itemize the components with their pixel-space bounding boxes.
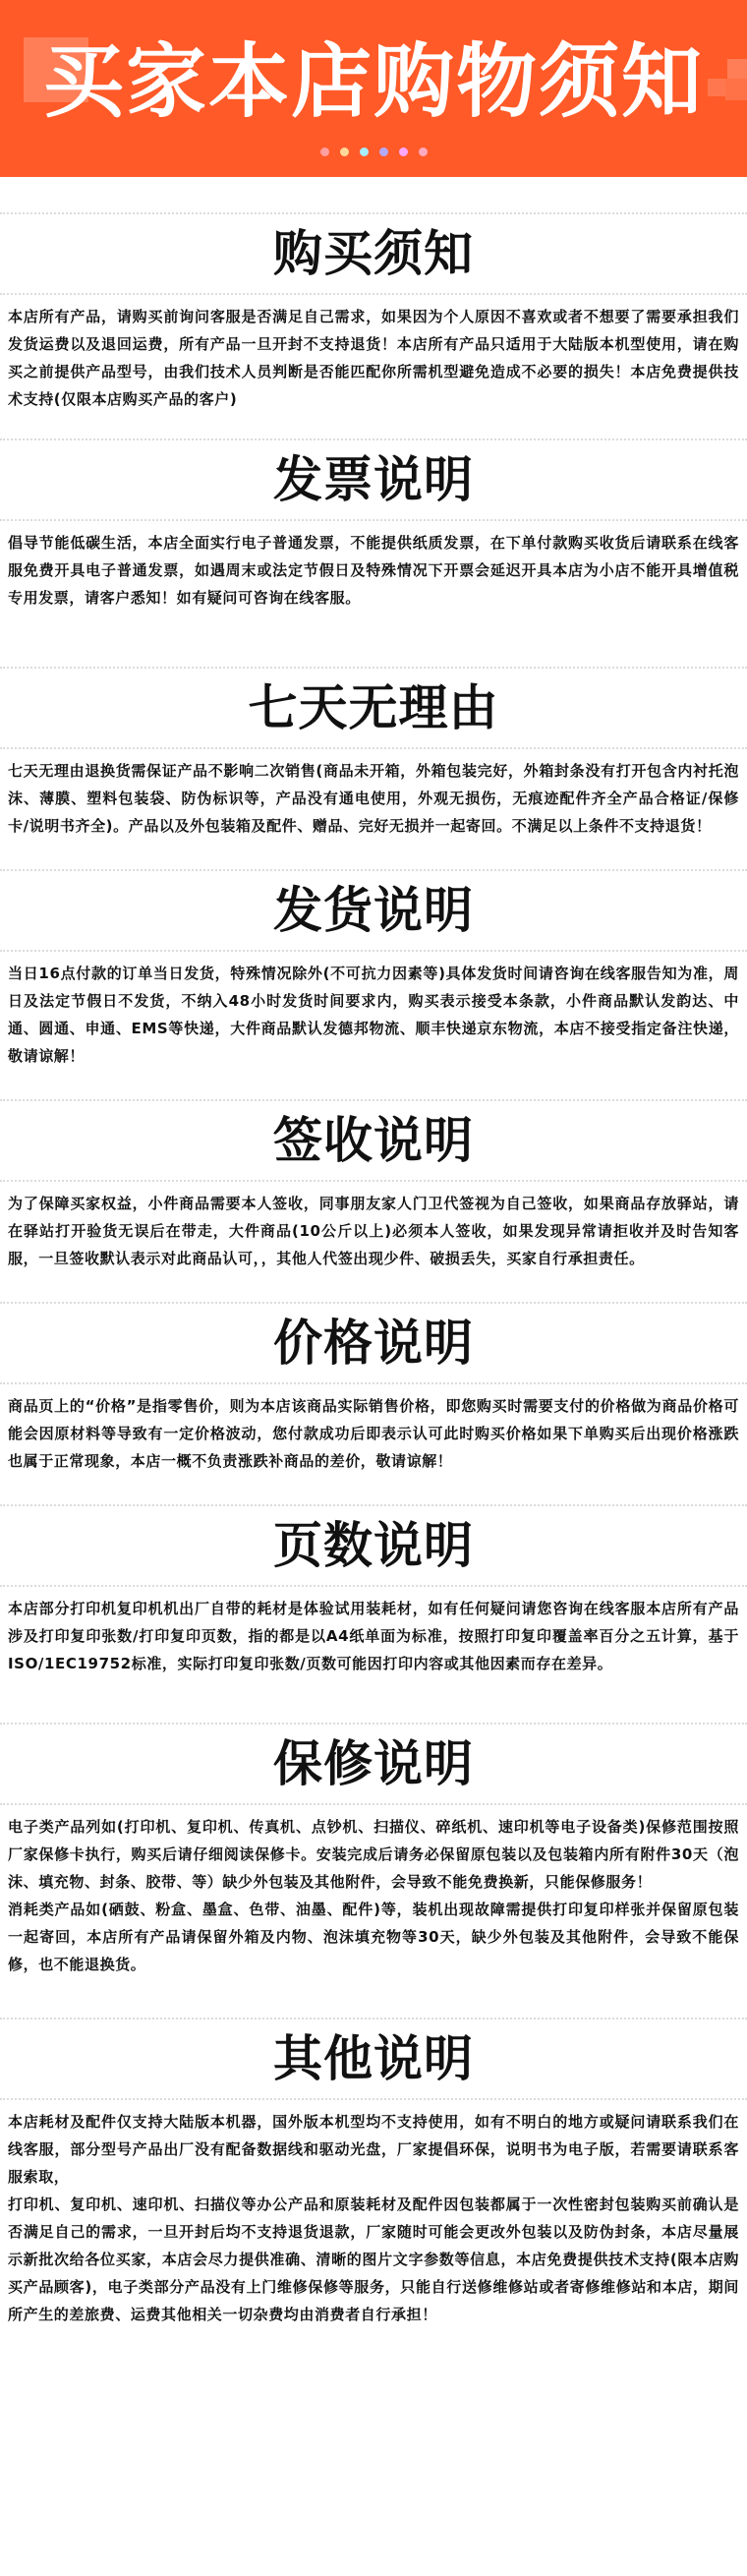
section-title: 页数说明	[0, 1506, 747, 1585]
section-body: 本店所有产品，请购买前询问客服是否满足自己需求，如果因为个人原因不喜欢或者不想要…	[0, 295, 747, 413]
dot-icon	[399, 147, 408, 156]
section-seven-day-return: 七天无理由 七天无理由退换货需保证产品不影响二次销售(商品未开箱，外箱包装完好，…	[0, 612, 747, 840]
section-warranty: 保修说明 电子类产品列如(打印机、复印机、传真机、点钞机、扫描仪、碎纸机、速印机…	[0, 1677, 747, 1978]
section-title: 发票说明	[0, 440, 747, 519]
paragraph: 本店耗材及配件仅支持大陆版本机器，国外版本机型均不支持使用，如有不明白的地方或疑…	[8, 2108, 739, 2191]
paragraph: 消耗类产品如(硒鼓、粉盒、墨盒、色带、油墨、配件)等，装机出现故障需提供打印复印…	[8, 1896, 739, 1978]
section-body: 本店耗材及配件仅支持大陆版本机器，国外版本机型均不支持使用，如有不明白的地方或疑…	[0, 2100, 747, 2387]
section-purchase-notice: 购买须知 本店所有产品，请购买前询问客服是否满足自己需求，如果因为个人原因不喜欢…	[0, 177, 747, 413]
section-title: 发货说明	[0, 871, 747, 950]
section-body: 电子类产品列如(打印机、复印机、传真机、点钞机、扫描仪、碎纸机、速印机等电子设备…	[0, 1805, 747, 1978]
section-body: 当日16点付款的订单当日发货，特殊情况除外(不可抗力因素等)具体发货时间请咨询在…	[0, 952, 747, 1070]
dot-icon	[340, 147, 349, 156]
section-page-count: 页数说明 本店部分打印机复印机机出厂自带的耗材是体验试用装耗材，如有任何疑问请您…	[0, 1475, 747, 1677]
section-body: 倡导节能低碳生活，本店全面实行电子普通发票，不能提供纸质发票，在下单付款购买收货…	[0, 521, 747, 612]
section-title: 其他说明	[0, 2020, 747, 2098]
paragraph: 倡导节能低碳生活，本店全面实行电子普通发票，不能提供纸质发票，在下单付款购买收货…	[8, 529, 739, 612]
paragraph: 本店所有产品，请购买前询问客服是否满足自己需求，如果因为个人原因不喜欢或者不想要…	[8, 303, 739, 413]
dot-icon	[379, 147, 388, 156]
dot-icon	[419, 147, 428, 156]
paragraph: 当日16点付款的订单当日发货，特殊情况除外(不可抗力因素等)具体发货时间请咨询在…	[8, 960, 739, 1070]
section-pricing: 价格说明 商品页上的“价格”是指零售价，则为本店该商品实际销售价格，即您购买时需…	[0, 1272, 747, 1475]
section-body: 商品页上的“价格”是指零售价，则为本店该商品实际销售价格，即您购买时需要支付的价…	[0, 1384, 747, 1475]
paragraph: 电子类产品列如(打印机、复印机、传真机、点钞机、扫描仪、碎纸机、速印机等电子设备…	[8, 1813, 739, 1896]
dot-icon	[320, 147, 329, 156]
paragraph: 打印机、复印机、速印机、扫描仪等办公产品和原装耗材及配件因包装都属于一次性密封包…	[8, 2191, 739, 2328]
section-title: 价格说明	[0, 1304, 747, 1382]
paragraph: 商品页上的“价格”是指零售价，则为本店该商品实际销售价格，即您购买时需要支付的价…	[8, 1392, 739, 1475]
header-banner: 买家本店购物须知	[0, 0, 747, 177]
dot-icon	[360, 147, 369, 156]
section-body: 本店部分打印机复印机机出厂自带的耗材是体验试用装耗材，如有任何疑问请您咨询在线客…	[0, 1587, 747, 1677]
section-title: 保修说明	[0, 1725, 747, 1803]
section-shipping: 发货说明 当日16点付款的订单当日发货，特殊情况除外(不可抗力因素等)具体发货时…	[0, 840, 747, 1070]
page-title: 买家本店购物须知	[0, 33, 747, 132]
section-title: 七天无理由	[0, 669, 747, 747]
section-title: 购买须知	[0, 214, 747, 293]
section-title: 签收说明	[0, 1101, 747, 1180]
paragraph: 七天无理由退换货需保证产品不影响二次销售(商品未开箱，外箱包装完好，外箱封条没有…	[8, 757, 739, 840]
section-receipt: 签收说明 为了保障买家权益，小件商品需要本人签收，同事朋友家人门卫代签视为自己签…	[0, 1070, 747, 1272]
section-body: 七天无理由退换货需保证产品不影响二次销售(商品未开箱，外箱包装完好，外箱封条没有…	[0, 749, 747, 840]
paragraph: 为了保障买家权益，小件商品需要本人签收，同事朋友家人门卫代签视为自己签收，如果商…	[8, 1190, 739, 1272]
section-invoice: 发票说明 倡导节能低碳生活，本店全面实行电子普通发票，不能提供纸质发票，在下单付…	[0, 413, 747, 612]
section-body: 为了保障买家权益，小件商品需要本人签收，同事朋友家人门卫代签视为自己签收，如果商…	[0, 1182, 747, 1272]
section-other: 其他说明 本店耗材及配件仅支持大陆版本机器，国外版本机型均不支持使用，如有不明白…	[0, 1978, 747, 2387]
paragraph: 本店部分打印机复印机机出厂自带的耗材是体验试用装耗材，如有任何疑问请您咨询在线客…	[8, 1595, 739, 1677]
decorative-dots	[0, 147, 747, 156]
